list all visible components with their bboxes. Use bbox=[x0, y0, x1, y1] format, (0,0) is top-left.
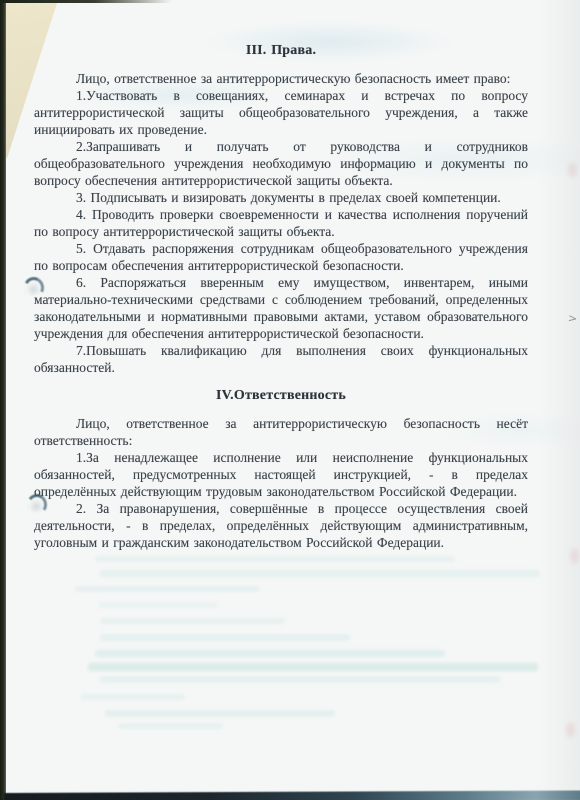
bleed-through-line bbox=[95, 650, 445, 657]
rights-item-7: 7.Повышать квалификацию для выполнения с… bbox=[34, 342, 528, 376]
rights-item-4: 4. Проводить проверки своевременности и … bbox=[34, 206, 528, 240]
rights-item-3: 3. Подписывать и визировать документы в … bbox=[34, 189, 528, 206]
scanner-edge-top bbox=[0, 0, 172, 3]
bleed-through-line bbox=[100, 570, 540, 577]
scanner-edge-left bbox=[0, 0, 6, 800]
scanner-edge-bottom bbox=[4, 790, 580, 800]
rights-item-5: 5. Отдавать распоряжения сотрудникам общ… bbox=[34, 240, 528, 274]
rights-item-1: 1.Участвовать в совещаниях, семинарах и … bbox=[34, 87, 528, 138]
section-rights-intro: Лицо, ответственное за антитеррористичес… bbox=[34, 70, 528, 87]
bleed-through-line bbox=[100, 676, 500, 683]
scan-smudge bbox=[566, 722, 575, 738]
bleed-through-line bbox=[88, 663, 538, 671]
document-body: III. Права. Лицо, ответственное за антит… bbox=[34, 42, 528, 551]
scan-smudge bbox=[568, 162, 577, 178]
rights-item-6: 6. Распоряжаться вверенным ему имущество… bbox=[34, 274, 528, 342]
scanned-document-page: > III. Права. Лицо, ответственное за ант… bbox=[0, 0, 580, 800]
bleed-through-line bbox=[80, 694, 185, 700]
margin-mark: > bbox=[567, 312, 578, 326]
bleed-through-line bbox=[118, 723, 223, 729]
bleed-through-line bbox=[98, 602, 218, 608]
heading-section-rights: III. Права. bbox=[34, 42, 528, 59]
bleed-through-line bbox=[105, 710, 335, 717]
bleed-through-line bbox=[95, 556, 455, 562]
bleed-through-line bbox=[100, 634, 350, 641]
rights-item-2: 2.Запрашивать и получать от руководства … bbox=[34, 138, 528, 189]
heading-section-responsibility: IV.Ответственность bbox=[34, 387, 528, 404]
bleed-through-line bbox=[100, 618, 285, 624]
responsibility-item-1: 1.За ненадлежащее исполнение или неиспол… bbox=[34, 449, 528, 500]
responsibility-item-2: 2. За правонарушения, совершённые в проц… bbox=[34, 500, 528, 551]
section-responsibility-intro: Лицо, ответственное за антитеррористичес… bbox=[34, 415, 528, 449]
bleed-through-line bbox=[75, 586, 260, 592]
scan-smudge bbox=[570, 548, 579, 564]
